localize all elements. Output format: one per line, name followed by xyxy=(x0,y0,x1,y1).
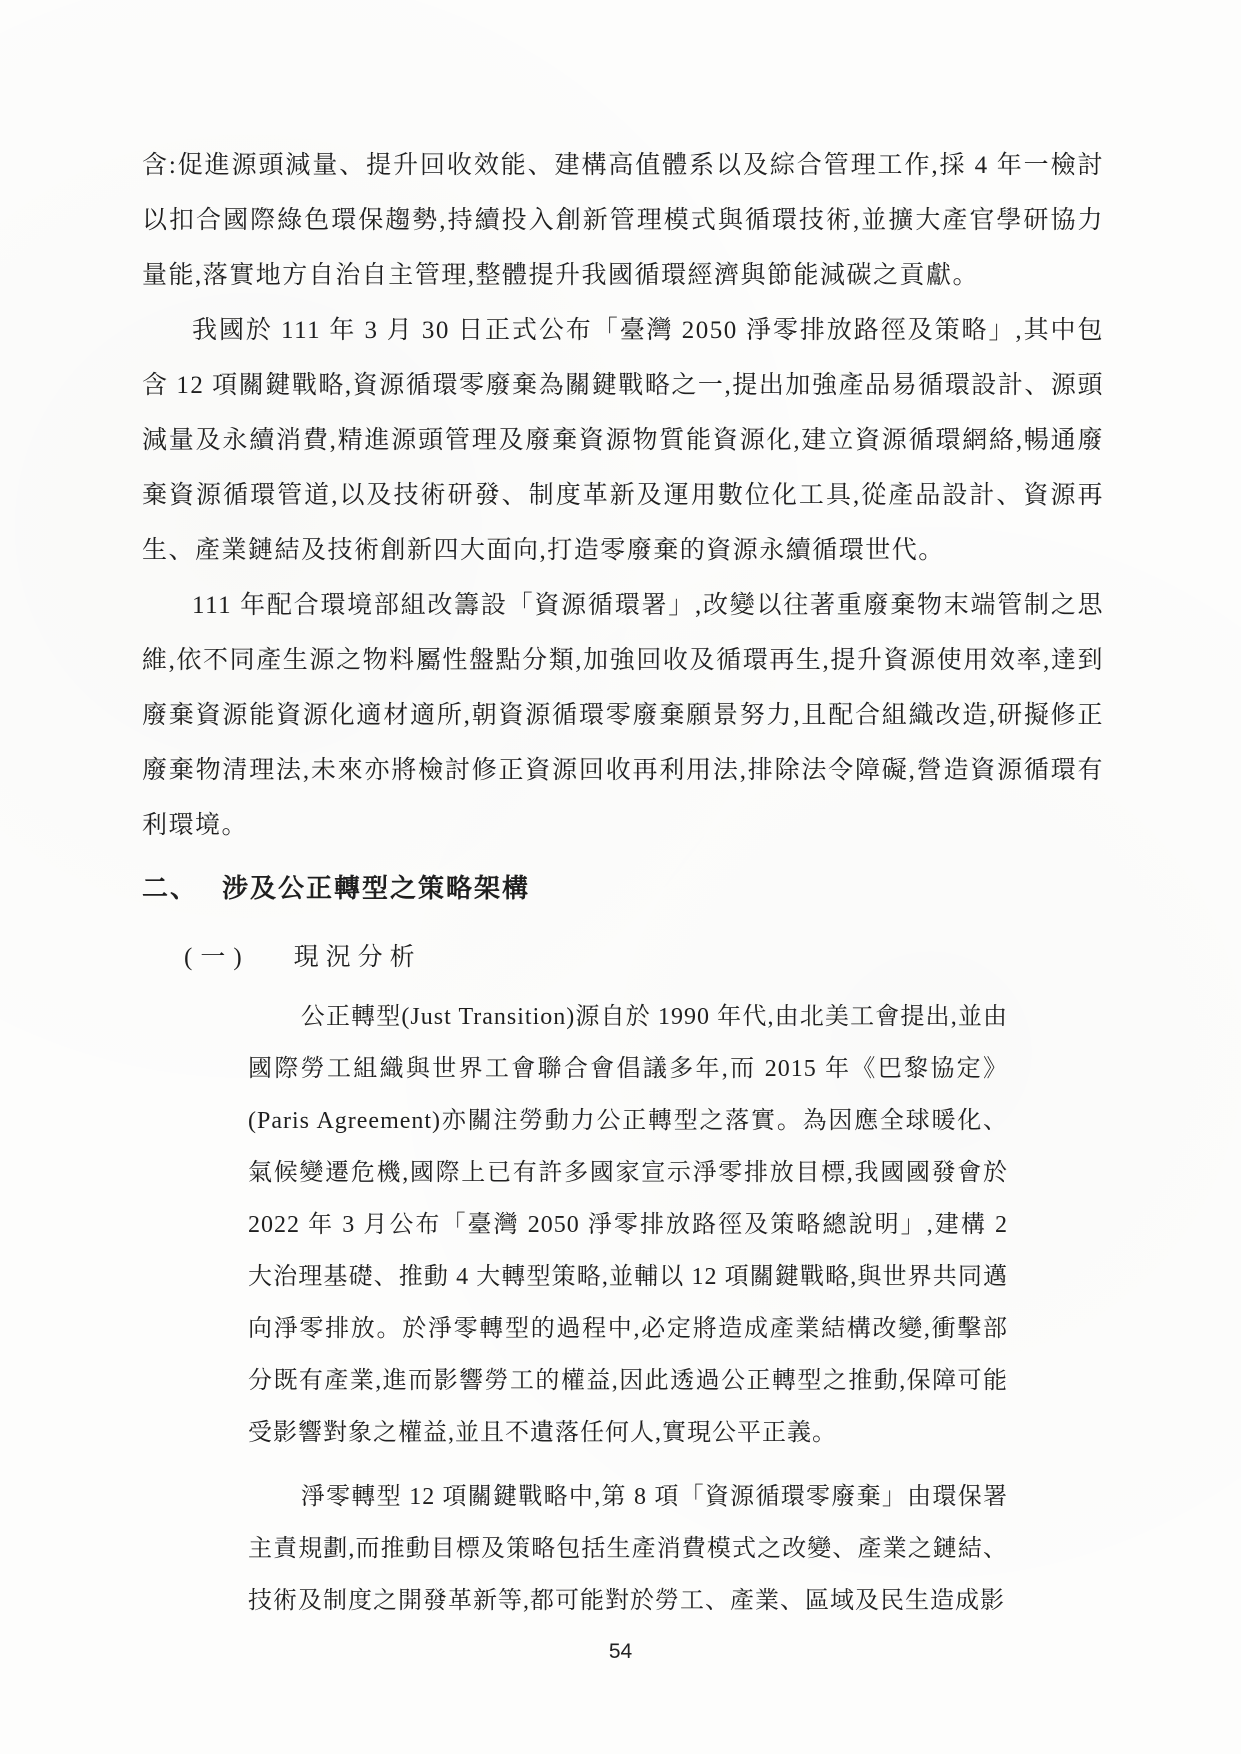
sub-paragraph-2: 淨零轉型 12 項關鍵戰略中,第 8 項「資源循環零廢棄」由環保署主責規劃,而推… xyxy=(248,1471,1008,1627)
body-paragraph-1: 含:促進源頭減量、提升回收效能、建構高值體系以及綜合管理工作,採 4 年一檢討以… xyxy=(142,138,1104,303)
page-number: 54 xyxy=(0,1640,1241,1664)
page-body: 含:促進源頭減量、提升回收效能、建構高值體系以及綜合管理工作,採 4 年一檢討以… xyxy=(142,138,1104,1627)
sub-paragraph-1: 公正轉型(Just Transition)源自於 1990 年代,由北美工會提出… xyxy=(248,991,1008,1459)
section-title: 涉及公正轉型之策略架構 xyxy=(222,861,530,916)
subsection-title: 現況分析 xyxy=(294,930,422,985)
section-number: 二、 xyxy=(142,861,198,916)
body-paragraph-3: 111 年配合環境部組改籌設「資源循環署」,改變以往著重廢棄物末端管制之思維,依… xyxy=(142,578,1104,853)
subsection-number: (一) xyxy=(184,930,250,985)
body-paragraph-2: 我國於 111 年 3 月 30 日正式公布「臺灣 2050 淨零排放路徑及策略… xyxy=(142,303,1104,578)
section-heading: 二、 涉及公正轉型之策略架構 xyxy=(142,861,1104,916)
document-page: 含:促進源頭減量、提升回收效能、建構高值體系以及綜合管理工作,採 4 年一檢討以… xyxy=(0,0,1241,1754)
subsection-heading: (一) 現況分析 xyxy=(184,930,1104,985)
